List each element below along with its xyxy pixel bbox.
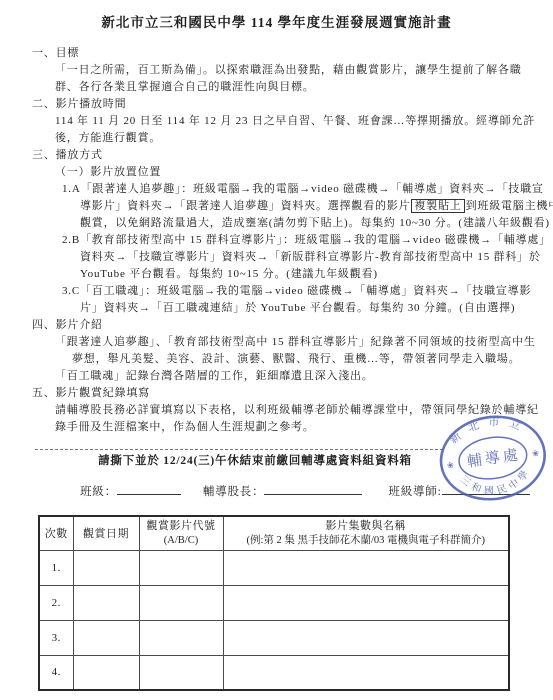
seal-right-flower-icon: ❀ bbox=[532, 449, 540, 459]
doc-line: 114 年 11 月 20 日至 114 年 12 月 23 日之早自習、午餐、… bbox=[55, 113, 553, 130]
doc-line-item-c: 片」資料夾→「百工職魂連結」於 YouTube 平台觀看。每集約 30 分鐘。(… bbox=[80, 300, 553, 317]
header-name-line2: (例:第 2 集 黑手技師花木蘭/03 電機與電子科群簡介) bbox=[226, 534, 507, 548]
table-cell-empty bbox=[223, 620, 509, 655]
table-cell-empty bbox=[139, 550, 223, 585]
doc-line: 「一日之所需，百工斯為備」。以探索職涯為出發點，藉由觀賞影片，讓學生提前了解各職 bbox=[55, 62, 553, 79]
teacher-field-label: 班級導師: bbox=[388, 486, 441, 498]
header-name: 影片集數與名稱 (例:第 2 集 黑手技師花木蘭/03 電機與電子科群簡介) bbox=[223, 516, 509, 550]
return-instruction: 請撕下並於 12/24(三)午休結束前繳回輔導處資料組資料箱 bbox=[30, 453, 480, 470]
table-row: 1. bbox=[39, 550, 509, 585]
teacher-blank-field bbox=[442, 481, 530, 495]
doc-line: 錄手冊及生涯檔案中，作為個人生涯規劃之參考。 bbox=[55, 419, 553, 436]
document-body: 一、目標 「一日之所需，百工斯為備」。以探索職涯為出發點，藉由觀賞影片，讓學生提… bbox=[0, 45, 553, 436]
header-code: 觀賞影片代號 (A/B/C) bbox=[139, 516, 223, 550]
header-name-line1: 影片集數與名稱 bbox=[226, 519, 507, 534]
officer-field-label: 輔導股長： bbox=[203, 486, 265, 498]
doc-line: 請輔導股長務必詳實填寫以下表格，以利班級輔導老師於輔導課堂中，帶領同學紀錄於輔導… bbox=[55, 402, 553, 419]
doc-line-item-a: 導影片」資料夾→「跟著達人追夢趣」資料夾。選擇觀看的影片複製貼上到班級電腦主機中 bbox=[80, 198, 553, 215]
officer-blank-field bbox=[264, 481, 362, 495]
table-row: 3. bbox=[39, 620, 509, 655]
row-number: 3. bbox=[39, 620, 73, 655]
doc-line: 「跟著達人追夢趣」、「教育部技術型高中 15 群科宣導影片」紀錄著不同領域的技術… bbox=[55, 334, 553, 351]
boxed-copy-paste-text: 複製貼上 bbox=[411, 199, 464, 213]
table-cell-empty bbox=[139, 620, 223, 655]
doc-line-text: 導影片」資料夾→「跟著達人追夢趣」資料夾。選擇觀看的影片 bbox=[80, 200, 410, 212]
doc-line-item-a: 1.A「跟著達人追夢趣」：班級電腦→我的電腦→video 磁碟機→「輔導處」資料… bbox=[62, 181, 553, 198]
section-heading-method: 三、播放方式 bbox=[32, 147, 553, 164]
table-row: 2. bbox=[39, 585, 509, 620]
table-cell-empty bbox=[223, 550, 509, 585]
table-cell-empty bbox=[223, 655, 509, 690]
tear-dashed-line bbox=[35, 449, 443, 450]
document-page: 新北市立三和國民中學 114 學年度生涯發展週實施計畫 一、目標 「一日之所需，… bbox=[0, 0, 553, 700]
table-cell-empty bbox=[223, 585, 509, 620]
section-heading-schedule: 二、影片播放時間 bbox=[32, 96, 553, 113]
header-count: 次數 bbox=[39, 516, 73, 550]
table-header-row: 次數 觀賞日期 觀賞影片代號 (A/B/C) 影片集數與名稱 (例:第 2 集 … bbox=[39, 516, 509, 550]
table-cell-empty bbox=[139, 585, 223, 620]
header-date: 觀賞日期 bbox=[73, 516, 139, 550]
doc-line-item-a: 觀賞，以免網路流量過大，造成壅塞(請勿剪下貼上)。每集約 10~30 分。(建議… bbox=[80, 215, 553, 232]
section-heading-intro: 四、影片介紹 bbox=[32, 317, 553, 334]
doc-line-text: 到班級電腦主機中 bbox=[466, 200, 553, 212]
section-heading-goal: 一、目標 bbox=[32, 45, 553, 62]
row-number: 2. bbox=[39, 585, 73, 620]
doc-line: 夢想，舉凡美髮、美容、設計、演藝、獸醫、飛行、重機…等，帶領著同學走入職場。 bbox=[72, 351, 553, 368]
doc-line: 「百工職魂」記錄台灣各階層的工作，鉅細靡遺且深入淺出。 bbox=[55, 368, 553, 385]
table-cell-empty bbox=[73, 585, 139, 620]
form-fields-row: 班級：輔導股長：班級導師: bbox=[80, 481, 553, 502]
row-number: 1. bbox=[39, 550, 73, 585]
table-cell-empty bbox=[73, 550, 139, 585]
class-field-label: 班級： bbox=[80, 486, 117, 498]
doc-line: 後，方能進行觀賞。 bbox=[55, 130, 553, 147]
table-cell-empty bbox=[73, 620, 139, 655]
doc-line-item-b: 資料夾→「技職宣導影片」資料夾→「新版群科宣導影片-教育部技術型高中 15 群科… bbox=[80, 249, 553, 266]
doc-line-item-b: 2.B「教育部技術型高中 15 群科宣導影片」：班級電腦→我的電腦→video … bbox=[62, 232, 553, 249]
page-title: 新北市立三和國民中學 114 學年度生涯發展週實施計畫 bbox=[0, 0, 553, 33]
table-cell-empty bbox=[139, 655, 223, 690]
section-heading-record: 五、影片觀賞紀錄填寫 bbox=[32, 385, 553, 402]
table-row: 4. bbox=[39, 655, 509, 690]
doc-line-item-b: YouTube 平台觀看。每集約 10~15 分。(建議九年級觀看) bbox=[80, 266, 553, 283]
header-code-line1: 觀賞影片代號 bbox=[142, 519, 221, 534]
subsection-heading-location: （一）影片放置位置 bbox=[55, 164, 553, 181]
header-code-line2: (A/B/C) bbox=[142, 534, 221, 548]
doc-line-item-c: 3.C「百工職魂」：班級電腦→我的電腦→video 磁碟機→「輔導處」資料夾→「… bbox=[62, 283, 553, 300]
class-blank-field bbox=[117, 481, 181, 495]
viewing-record-table: 次數 觀賞日期 觀賞影片代號 (A/B/C) 影片集數與名稱 (例:第 2 集 … bbox=[38, 515, 510, 691]
table-cell-empty bbox=[73, 655, 139, 690]
row-number: 4. bbox=[39, 655, 73, 690]
doc-line: 群、各行各業且掌握適合自己的職涯性向與目標。 bbox=[55, 79, 553, 96]
